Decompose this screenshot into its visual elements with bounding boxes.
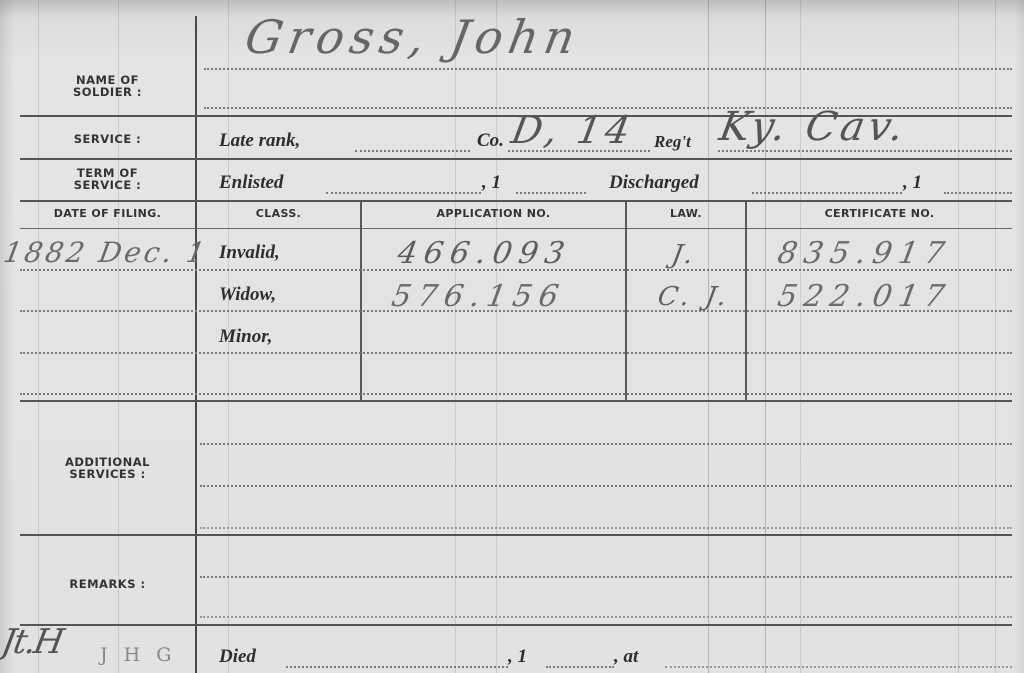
remarks-line xyxy=(200,616,1012,618)
scan-streak xyxy=(455,0,456,673)
died-label: Died xyxy=(219,646,256,668)
law-header: LAW. xyxy=(627,207,745,220)
law-cell: C. J. xyxy=(655,282,732,312)
company-value: D, 14 xyxy=(508,108,637,152)
row-divider xyxy=(20,200,1012,202)
enlisted-year-prefix: , 1 xyxy=(482,172,501,194)
row-divider xyxy=(20,534,1012,536)
header-underline xyxy=(20,228,1012,229)
late-rank-field xyxy=(355,150,470,152)
table-col-divider xyxy=(625,201,627,401)
regiment-value: Ky. Cav. xyxy=(716,104,911,150)
label-line: SOLDIER : xyxy=(20,86,195,98)
discharged-year-field xyxy=(944,192,1012,194)
scan-streak xyxy=(995,0,996,673)
enlisted-label: Enlisted xyxy=(219,172,283,194)
date-of-filing-value: 1882 Dec. 1 xyxy=(1,236,210,269)
date-of-filing-header: DATE OF FILING. xyxy=(20,207,195,220)
class-header: CLASS. xyxy=(197,207,360,220)
name-of-soldier-label: NAME OF SOLDIER : xyxy=(20,74,195,98)
discharged-label: Discharged xyxy=(609,172,699,194)
class-cell: Minor, xyxy=(219,326,272,348)
row-dotted-line xyxy=(20,393,1012,395)
table-col-divider xyxy=(360,201,362,401)
certificate-no-cell: 522.017 xyxy=(775,279,954,314)
name-dotted-line xyxy=(204,68,1012,70)
term-of-service-label: TERM OF SERVICE : xyxy=(20,167,195,191)
scan-streak xyxy=(958,0,959,673)
soldier-name-value: Gross, John xyxy=(241,10,585,64)
co-label: Co. xyxy=(477,130,504,152)
certificate-no-header: CERTIFICATE NO. xyxy=(747,207,1012,220)
label-line: SERVICES : xyxy=(20,468,195,480)
clerk-signature: Jt.H xyxy=(0,622,65,662)
additional-services-line xyxy=(200,443,1012,445)
remarks-label: REMARKS : xyxy=(20,578,195,590)
died-date-field xyxy=(286,666,508,668)
application-no-header: APPLICATION NO. xyxy=(362,207,625,220)
row-divider xyxy=(20,158,1012,160)
class-cell: Widow, xyxy=(219,284,276,306)
company-field xyxy=(508,150,650,152)
scan-streak xyxy=(38,0,39,673)
discharged-year-prefix: , 1 xyxy=(903,172,922,194)
row-dotted-line xyxy=(20,310,1012,312)
law-cell: J. xyxy=(669,240,699,270)
discharged-date-field xyxy=(752,192,902,194)
enlisted-date-field xyxy=(326,192,481,194)
additional-services-line xyxy=(200,485,1012,487)
died-place-field xyxy=(665,666,1012,668)
service-label: SERVICE : xyxy=(20,133,195,145)
row-divider xyxy=(20,400,1012,402)
regiment-field xyxy=(718,150,1012,152)
pension-index-card: NAME OF SOLDIER : Gross, John SERVICE : … xyxy=(0,0,1024,673)
late-rank-label: Late rank, xyxy=(219,130,300,152)
scan-streak xyxy=(765,0,766,673)
scan-streak xyxy=(800,0,801,673)
enlisted-year-field xyxy=(516,192,586,194)
regt-label: Reg't xyxy=(654,132,691,152)
died-year-field xyxy=(546,666,614,668)
certificate-no-cell: 835.917 xyxy=(775,236,954,271)
additional-services-label: ADDITIONAL SERVICES : xyxy=(20,456,195,480)
died-at-label: , at xyxy=(614,646,638,668)
clerk-initials-stamp: J H G xyxy=(100,644,176,666)
application-no-cell: 466.093 xyxy=(395,236,574,271)
row-divider xyxy=(20,624,1012,626)
application-no-cell: 576.156 xyxy=(389,279,568,314)
scan-streak xyxy=(708,0,709,673)
remarks-line xyxy=(200,576,1012,578)
additional-services-line xyxy=(200,527,1012,529)
died-year-prefix: , 1 xyxy=(508,646,527,668)
scan-streak xyxy=(496,0,497,673)
table-col-divider xyxy=(745,201,747,401)
label-line: SERVICE : xyxy=(20,179,195,191)
row-dotted-line xyxy=(20,352,1012,354)
scan-streak xyxy=(118,0,119,673)
row-dotted-line xyxy=(20,269,1012,271)
class-cell: Invalid, xyxy=(219,242,280,264)
